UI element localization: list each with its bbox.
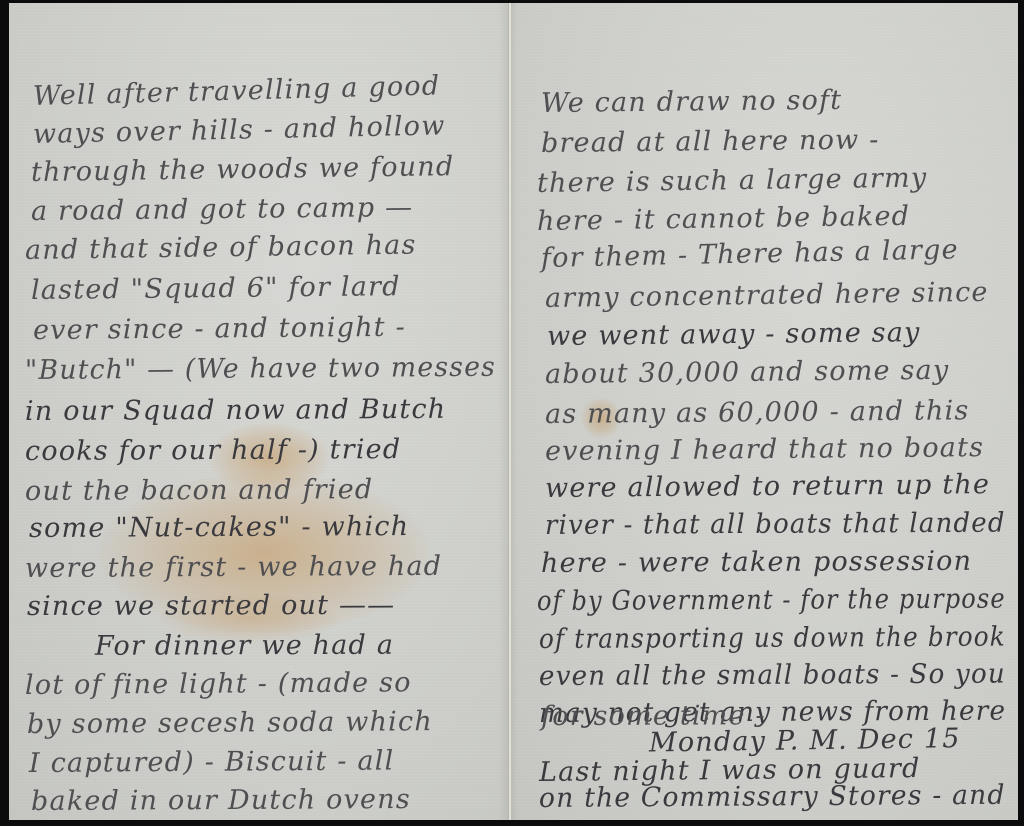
handwritten-line: Well after travelling a good [33, 70, 441, 112]
handwritten-line: cooks for our half -) tried [25, 434, 401, 467]
handwritten-line: here - it cannot be baked [537, 201, 911, 237]
left-page: Well after travelling a good ways over h… [9, 3, 509, 820]
handwritten-line: here - were taken possession [541, 546, 972, 579]
handwritten-line: were the first - we have had [25, 551, 442, 584]
handwritten-line: of transporting us down the brook [539, 622, 1006, 655]
handwritten-line: lasted "Squad 6" for lard [31, 271, 401, 306]
handwritten-line: ways over hills - and hollow [33, 110, 446, 150]
handwritten-line: in our Squad now and Butch [25, 394, 447, 427]
right-page: We can draw no soft bread at all here no… [509, 3, 1018, 820]
handwritten-line: ever since - and tonight - [33, 312, 406, 346]
letter-spread: Well after travelling a good ways over h… [9, 3, 1018, 820]
handwritten-line: by some secesh soda which [27, 706, 433, 740]
handwritten-line: evening I heard that no boats [545, 432, 984, 467]
handwritten-line: We can draw no soft [541, 85, 843, 119]
handwritten-line: out the bacon and fried [25, 474, 374, 507]
handwritten-line: we went away - some say [547, 317, 921, 352]
handwritten-line: I captured) - Biscuit - all [29, 745, 395, 779]
handwritten-line: bread at all here now - [541, 124, 880, 159]
handwritten-line: lot of fine light - (made so [25, 667, 412, 701]
handwritten-line: about 30,000 and some say [545, 355, 950, 390]
handwritten-line: river - that all boats that landed [545, 508, 1006, 541]
handwritten-line: on the Commissary Stores - and [539, 780, 1006, 814]
right-page-text: We can draw no soft bread at all here no… [511, 3, 1018, 820]
handwritten-line: "Butch" — (We have two messes [25, 352, 496, 386]
handwritten-line: there is such a large army [537, 163, 928, 199]
handwritten-line: of by Government - for the purpose [537, 584, 1006, 617]
handwritten-line: some "Nut-cakes" - which [29, 511, 409, 544]
left-page-text: Well after travelling a good ways over h… [9, 3, 508, 820]
handwritten-line: for them - There has a large [541, 234, 959, 274]
handwritten-line: since we started out —— [27, 590, 395, 622]
handwritten-line: as many as 60,000 - and this [545, 395, 970, 430]
handwritten-line: a road and got to camp — [31, 192, 414, 227]
handwritten-line: through the woods we found [31, 151, 455, 188]
handwritten-line: baked in our Dutch ovens [31, 784, 411, 817]
handwritten-line: army concentrated here since [545, 277, 989, 314]
handwritten-line: were allowed to return up the [545, 469, 990, 504]
handwritten-line: and that side of bacon has [25, 230, 417, 266]
handwritten-line: For dinner we had a [25, 630, 394, 662]
handwritten-line: even all the small boats - So you [539, 659, 1006, 692]
